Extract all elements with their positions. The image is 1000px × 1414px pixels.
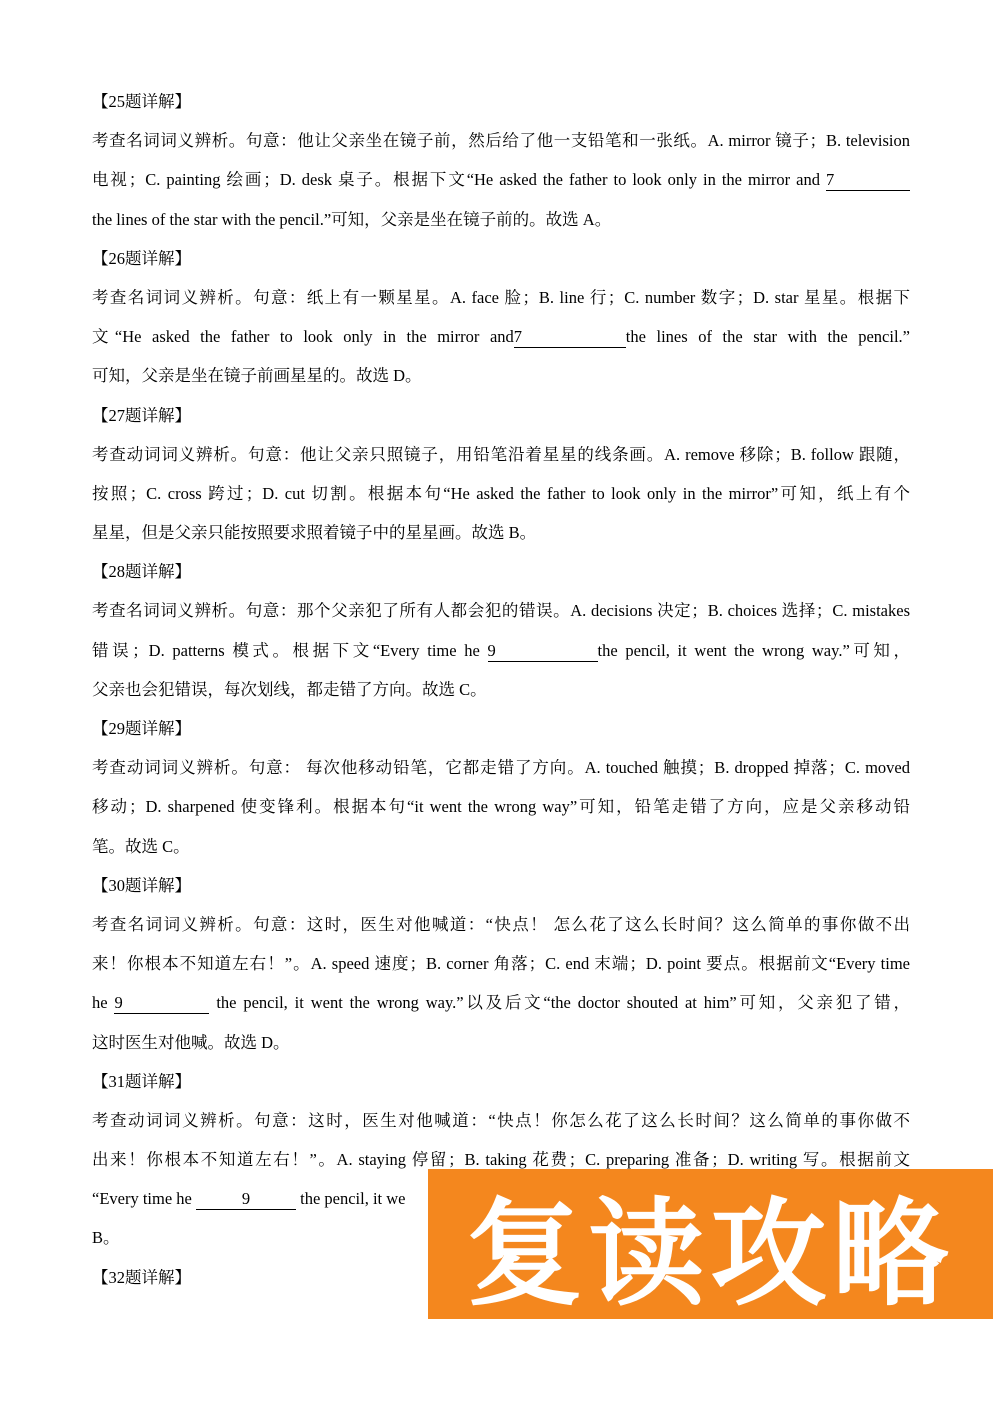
text-line: 可知，父亲是坐在镜子前画星星的。故选 D。 (92, 356, 910, 395)
text-segment: 笔。故选 C。 (92, 837, 190, 856)
text-line: 父亲也会犯错误，每次划线，都走错了方向。故选 C。 (92, 670, 910, 709)
answer-blank: 9 (114, 992, 209, 1014)
text-segment: 文“He asked the father to look only in th… (92, 327, 514, 346)
text-segment: he (92, 993, 114, 1012)
section-header: 【28题详解】 (92, 552, 910, 591)
text-segment: 星星，但是父亲只能按照要求照着镜子中的星星画。故选 B。 (92, 523, 536, 542)
answer-blank: 9 (196, 1188, 296, 1210)
section-header: 【29题详解】 (92, 709, 910, 748)
text-segment: the lines of the star with the pencil.”可… (92, 210, 611, 229)
text-segment: the pencil, it went the wrong way.”以及后文“… (209, 993, 910, 1012)
text-segment: 考查名词词义辨析。句意：那个父亲犯了所有人都会犯的错误。A. decisions… (92, 601, 910, 620)
text-line: 电视；C. painting 绘画；D. desk 桌子。根据下文“He ask… (92, 160, 910, 199)
text-line: 错误；D. patterns 模式。根据下文“Every time he 9th… (92, 631, 910, 670)
text-segment: 出来！你根本不知道左右！”。A. staying 停留；B. taking 花费… (92, 1150, 910, 1169)
text-line: 考查名词词义辨析。句意：他让父亲坐在镜子前，然后给了他一支铅笔和一张纸。A. m… (92, 121, 910, 160)
text-line: 考查动词词义辨析。句意： 每次他移动铅笔，它都走错了方向。A. touched … (92, 748, 910, 787)
text-line: he 9 the pencil, it went the wrong way.”… (92, 983, 910, 1022)
text-line: 这时医生对他喊。故选 D。 (92, 1023, 910, 1062)
document-body: 【25题详解】考查名词词义辨析。句意：他让父亲坐在镜子前，然后给了他一支铅笔和一… (92, 82, 910, 1297)
text-segment: 考查名词词义辨析。句意：纸上有一颗星星。A. face 脸；B. line 行；… (92, 288, 910, 307)
text-line: 文“He asked the father to look only in th… (92, 317, 910, 356)
watermark-text: 复读攻略 (467, 1169, 955, 1319)
text-segment: 电视；C. painting 绘画；D. desk 桌子。根据下文“He ask… (92, 170, 826, 189)
text-segment: 按照；C. cross 跨过；D. cut 切割。根据本句“He asked t… (92, 484, 910, 503)
text-segment: 来！你根本不知道左右！”。A. speed 速度；B. corner 角落；C.… (92, 954, 910, 973)
text-segment: the pencil, it went the wrong way.”可知， (598, 641, 910, 660)
answer-blank: 7 (826, 169, 910, 191)
text-line: 笔。故选 C。 (92, 827, 910, 866)
text-segment: “Every time he (92, 1189, 196, 1208)
text-segment: 错误；D. patterns 模式。根据下文“Every time he (92, 641, 488, 660)
text-line: 移动；D. sharpened 使变锋利。根据本句“it went the wr… (92, 787, 910, 826)
answer-blank: 9 (488, 640, 598, 662)
text-segment: 父亲也会犯错误，每次划线，都走错了方向。故选 C。 (92, 680, 487, 699)
text-segment: 考查动词词义辨析。句意：这时，医生对他喊道：“快点！你怎么花了这么长时间？这么简… (92, 1111, 910, 1130)
text-line: 考查名词词义辨析。句意：那个父亲犯了所有人都会犯的错误。A. decisions… (92, 591, 910, 630)
section-header: 【25题详解】 (92, 82, 910, 121)
text-line: 按照；C. cross 跨过；D. cut 切割。根据本句“He asked t… (92, 474, 910, 513)
text-segment: 可知，父亲是坐在镜子前画星星的。故选 D。 (92, 366, 422, 385)
text-line: 考查名词词义辨析。句意：这时，医生对他喊道：“快点！ 怎么花了这么长时间？这么简… (92, 905, 910, 944)
text-segment: the lines of the star with the pencil.” (626, 327, 910, 346)
watermark-banner: 复读攻略 (428, 1169, 993, 1319)
text-line: the lines of the star with the pencil.”可… (92, 200, 910, 239)
section-header: 【27题详解】 (92, 396, 910, 435)
section-header: 【26题详解】 (92, 239, 910, 278)
section-header: 【30题详解】 (92, 866, 910, 905)
text-line: 考查动词词义辨析。句意：他让父亲只照镜子，用铅笔沿着星星的线条画。A. remo… (92, 435, 910, 474)
section-header: 【31题详解】 (92, 1062, 910, 1101)
text-segment: 这时医生对他喊。故选 D。 (92, 1033, 290, 1052)
text-line: 考查动词词义辨析。句意：这时，医生对他喊道：“快点！你怎么花了这么长时间？这么简… (92, 1101, 910, 1140)
text-segment: 考查名词词义辨析。句意：他让父亲坐在镜子前，然后给了他一支铅笔和一张纸。A. m… (92, 131, 910, 150)
text-segment: B。 (92, 1228, 120, 1247)
answer-blank: 7 (514, 326, 626, 348)
text-line: 考查名词词义辨析。句意：纸上有一颗星星。A. face 脸；B. line 行；… (92, 278, 910, 317)
text-segment: the pencil, it we (296, 1189, 406, 1208)
text-segment: 考查动词词义辨析。句意： 每次他移动铅笔，它都走错了方向。A. touched … (92, 758, 910, 777)
text-segment: 考查名词词义辨析。句意：这时，医生对他喊道：“快点！ 怎么花了这么长时间？这么简… (92, 915, 910, 934)
text-line: 星星，但是父亲只能按照要求照着镜子中的星星画。故选 B。 (92, 513, 910, 552)
text-segment: 移动；D. sharpened 使变锋利。根据本句“it went the wr… (92, 797, 910, 816)
text-segment: 考查动词词义辨析。句意：他让父亲只照镜子，用铅笔沿着星星的线条画。A. remo… (92, 445, 910, 464)
text-line: 来！你根本不知道左右！”。A. speed 速度；B. corner 角落；C.… (92, 944, 910, 983)
